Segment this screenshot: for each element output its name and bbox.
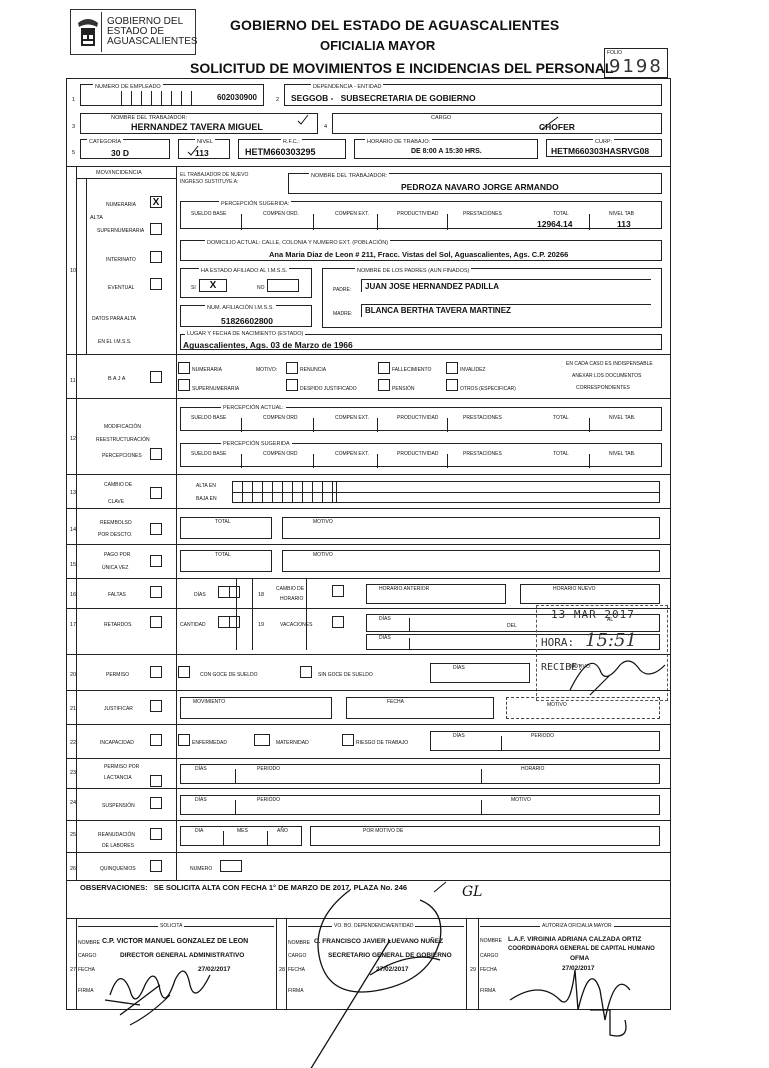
mother-value: BLANCA BERTHA TAVERA MARTINEZ	[365, 306, 511, 315]
alta-en-label: ALTA EN	[196, 483, 216, 489]
form-title: SOLICITUD DE MOVIMIENTOS E INCIDENCIAS D…	[190, 60, 613, 76]
col-total: TOTAL	[553, 211, 569, 217]
baja-note-2: ANEXAR LOS DOCUMENTOS	[572, 373, 641, 379]
periodo-label: PERIODO	[531, 733, 554, 739]
alta-eventual-label: EVENTUAL	[108, 285, 134, 291]
no-checkbox[interactable]	[267, 279, 299, 292]
father-value: JUAN JOSE HERNANDEZ PADILLA	[365, 282, 499, 291]
address-field[interactable]: DOMICILIO ACTUAL: CALLE, COLONIA Y NUMER…	[180, 240, 662, 261]
position-value: CHOFER	[539, 122, 575, 132]
suspension-checkbox[interactable]	[150, 797, 162, 809]
riesgo-trabajo-checkbox[interactable]	[342, 734, 354, 746]
si-label: SI	[191, 285, 196, 291]
sig-name: C.P. VICTOR MANUEL GONZALEZ DE LEON	[102, 938, 248, 945]
substitute-name-label: NOMBRE DEL TRABAJADOR:	[309, 173, 389, 179]
horario-anterior-label: HORARIO ANTERIOR	[379, 586, 429, 592]
birth-field[interactable]: LUGAR Y FECHA DE NACIMIENTO (ESTADO) Agu…	[180, 334, 662, 350]
col-productividad: PRODUCTIVIDAD	[397, 415, 438, 421]
unica-vez-label: ÚNICA VEZ	[102, 565, 128, 571]
sin-goce-checkbox[interactable]	[300, 666, 312, 678]
clave-field[interactable]	[232, 481, 660, 503]
imss-affiliated-label: HA ESTADO AFILIADO AL I.M.S.S.	[199, 268, 289, 274]
por-descto-label: POR DESCTO.	[98, 532, 132, 538]
folio-box: FOLIO 9198	[604, 48, 668, 78]
por-motivo-field[interactable]: POR MOTIVO DE	[310, 826, 660, 846]
lactancia-checkbox[interactable]	[150, 775, 162, 787]
maternidad-label: MATERNIDAD	[276, 740, 309, 746]
lactancia-field[interactable]: DÍAS PERIODO HORARIO	[180, 764, 660, 784]
employee-number-value: 602030900	[217, 93, 257, 102]
signature-block-vobo: Vo. Bo. DEPENDENCIA/ENTIDAD NOMBRE C. FR…	[288, 922, 464, 1006]
row-num: 23	[70, 770, 76, 776]
substitute-label: EL TRABAJADOR DE NUEVO INGRESO SUSTITUYE…	[180, 172, 270, 186]
dependency-value: SEGGOB - SUBSECRETARIA DE GOBIERNO	[291, 93, 476, 103]
quinquenios-label: QUINQUENIOS	[100, 866, 136, 872]
father-label: PADRE:	[333, 287, 351, 293]
dias-label: DÍAS	[379, 635, 391, 641]
no-label: NO	[257, 285, 265, 291]
stamp-hora-value: 15:51	[585, 630, 637, 651]
alta-interinato-label: INTERINATO	[106, 257, 136, 263]
horario-nuevo-label: HORARIO NUEVO	[553, 586, 596, 592]
otros-label: OTROS (ESPECIFICAR)	[460, 386, 516, 392]
suspension-label: SUSPENSIÓN	[102, 803, 135, 809]
baja-motivo-label: MOTIVO:	[256, 367, 277, 373]
dias-label: DÍAS	[453, 665, 465, 671]
col-productividad: PRODUCTIVIDAD	[397, 211, 438, 217]
motivo-label: MOTIVO	[313, 519, 333, 525]
cantidad-field[interactable]	[218, 616, 240, 628]
stamp-date: 13 MAR 2017	[551, 608, 635, 621]
permiso-label: PERMISO	[106, 672, 129, 678]
dependency-field[interactable]: DEPENDENCIA - ENTIDAD SEGGOB - SUBSECRET…	[284, 84, 662, 106]
reanudacion-checkbox[interactable]	[150, 828, 162, 840]
incapacidad-label: INCAPACIDAD	[100, 740, 134, 746]
vacaciones-checkbox[interactable]	[332, 616, 344, 628]
row-num: 15	[70, 562, 76, 568]
anio-label: AÑO	[277, 828, 288, 834]
birth-label: LUGAR Y FECHA DE NACIMIENTO (ESTADO)	[185, 331, 305, 337]
row-num: 17	[70, 622, 76, 628]
signature-block-autoriza: AUTORIZA OFICIALIA MAYOR NOMBRE L.A.F. V…	[480, 922, 670, 1006]
row-num: 24	[70, 800, 76, 806]
row-num: 27	[70, 967, 76, 973]
col-nivel-tab: NIVEL TAB.	[609, 415, 635, 421]
employee-number-label: NUMERO DE EMPLEADO	[93, 84, 163, 90]
alta-numeraria-label: NUMERARIA	[106, 202, 136, 208]
cambio-clave-label: CAMBIO DE	[104, 482, 132, 488]
sig-title: AUTORIZA OFICIALIA MAYOR	[540, 923, 614, 929]
fecha-label: FECHA	[288, 967, 305, 973]
retardos-checkbox[interactable]	[150, 616, 162, 628]
parents-box: NOMBRE DE LOS PADRES (AUN FINADOS) PADRE…	[322, 268, 662, 328]
sig-date: 27/02/2017	[198, 966, 231, 973]
level-label: NIVEL	[195, 139, 215, 145]
pago-total-field[interactable]: TOTAL	[180, 550, 272, 572]
pension-checkbox[interactable]	[378, 379, 390, 391]
stamp-hora-label: HORA:	[541, 636, 574, 649]
invalidez-checkbox[interactable]	[446, 362, 458, 374]
motivo-label: MOTIVO	[313, 552, 333, 558]
baja-label: B A J A	[108, 376, 125, 382]
quinquenios-numero-field[interactable]	[220, 860, 242, 872]
nivel-tab-value: 113	[617, 219, 631, 229]
suggested-salary-mod-table: PERCEPCIÓN SUGERIDA SUELDO BASE COMPEN O…	[180, 443, 662, 467]
worker-name-field[interactable]: NOMBRE DEL TRABAJADOR: HERNANDEZ TAVERA …	[80, 113, 318, 134]
signature-block-solicita: SOLICITA NOMBRE C.P. VICTOR MANUEL GONZA…	[78, 922, 274, 1006]
justificar-motivo-field[interactable]: MOTIVO	[506, 697, 660, 719]
retardos-label: RETARDOS	[104, 622, 131, 628]
otros-checkbox[interactable]	[446, 379, 458, 391]
maternidad-checkbox[interactable]	[254, 734, 270, 746]
cantidad-label: CANTIDAD	[180, 622, 206, 628]
alta-interinato-checkbox[interactable]	[150, 251, 162, 263]
row-num: 25	[70, 832, 76, 838]
reembolso-checkbox[interactable]	[150, 523, 162, 535]
category-label: CATEGORÍA	[87, 139, 123, 145]
col-sueldo-base: SUELDO BASE	[191, 451, 226, 457]
sig-cargo-2: OFMA	[570, 955, 589, 962]
mother-label: MADRE:	[333, 311, 352, 317]
address-label: DOMICILIO ACTUAL: CALLE, COLONIA Y NUMER…	[205, 240, 390, 246]
sig-name: L.A.F. VIRGINIA ADRIANA CALZADA ORTIZ	[508, 936, 641, 943]
dependency-label: DEPENDENCIA - ENTIDAD	[311, 84, 383, 90]
folio-value: 9198	[609, 56, 663, 77]
numero-label: NUMERO	[190, 866, 212, 872]
col-compen-ext: COMPEN EXT.	[335, 451, 369, 457]
cambio-horario-checkbox[interactable]	[332, 585, 344, 597]
row-num: 4	[324, 124, 327, 130]
suggested-salary-mod-label: PERCEPCIÓN SUGERIDA	[221, 441, 292, 447]
por-motivo-label: POR MOTIVO DE	[363, 828, 403, 834]
current-salary-table: PERCEPCIÓN ACTUAL: SUELDO BASE COMPEN OR…	[180, 407, 662, 431]
address-value: Ana Maria Diaz de Leon # 211, Fracc. Vis…	[269, 250, 568, 259]
faltas-dias-field[interactable]	[218, 586, 240, 598]
position-label: CARGO	[429, 115, 453, 121]
vacaciones-label: VACACIONES	[280, 622, 312, 628]
imss-number-value: 51826602800	[221, 316, 273, 326]
permiso-checkbox[interactable]	[150, 666, 162, 678]
faltas-label: FALTAS	[108, 592, 126, 598]
col-prestaciones: PRESTACIONES	[463, 451, 502, 457]
renuncia-label: RENUNCIA	[300, 367, 326, 373]
alta-supernumeraria-checkbox[interactable]	[150, 223, 162, 235]
category-value: 30 D	[111, 148, 129, 158]
fecha-label: FECHA	[78, 967, 95, 973]
level-field[interactable]: NIVEL 113	[178, 139, 230, 159]
enfermedad-label: ENFERMEDAD	[192, 740, 227, 746]
baja-supernumeraria-checkbox[interactable]	[178, 379, 190, 391]
movimiento-label: MOVIMIENTO	[193, 699, 225, 705]
percepciones-label: PERCEPCIONES	[102, 453, 142, 459]
fecha-label: FECHA	[387, 699, 404, 705]
sig-name: C. FRANCISCO JAVIER LUEVANO NUÑEZ	[314, 938, 443, 945]
fecha-field[interactable]: FECHA	[346, 697, 494, 719]
firma-label: FIRMA	[78, 988, 94, 994]
reembolso-label: REEMBOLSO	[100, 520, 132, 526]
observations-value: SE SOLICITA ALTA CON FECHA 1° DE MARZO D…	[154, 883, 407, 892]
firma-label: FIRMA	[480, 988, 496, 994]
substitute-name-field[interactable]: NOMBRE DEL TRABAJADOR: PEDROZA NAVARO JO…	[288, 173, 662, 194]
observations-initials: GL	[462, 884, 482, 900]
row-num: 10	[70, 268, 76, 274]
curp-label: CURP:	[593, 139, 614, 145]
permiso-dias-field[interactable]: DÍAS	[430, 663, 530, 683]
despido-label: DESPIDO JUSTIFICADO	[300, 386, 357, 392]
coat-of-arms-icon	[75, 12, 102, 52]
pago-unico-label: PAGO POR	[104, 552, 130, 558]
baja-note-1: EN CADA CASO ES INDISPENSABLE	[566, 361, 653, 367]
rfc-value: HETM660303295	[245, 147, 316, 157]
employee-number-field[interactable]: NUMERO DE EMPLEADO 602030900	[80, 84, 264, 106]
dia-label: DIA	[195, 828, 203, 834]
datos-alta-label: DATOS PARA ALTA	[92, 316, 136, 322]
observations-label: OBSERVACIONES:	[80, 883, 148, 892]
baja-en-label: BAJA EN	[196, 496, 217, 502]
received-stamp: 13 MAR 2017 HORA: 15:51 RECIBE:	[536, 605, 668, 701]
mes-label: MES	[237, 828, 248, 834]
motivo-label: MOTIVO	[511, 797, 531, 803]
row-num: 5	[72, 150, 75, 156]
riesgo-trabajo-label: RIESGO DE TRABAJO	[356, 740, 408, 746]
cargo-label: CARGO	[288, 953, 306, 959]
worker-name-label: NOMBRE DEL TRABAJADOR:	[109, 115, 189, 121]
reembolso-total-field[interactable]: TOTAL	[180, 517, 272, 539]
curp-value: HETM660303HASRVG08	[551, 146, 649, 156]
incapacidad-checkbox[interactable]	[150, 734, 162, 746]
col-compen-ord: COMPEN ORD.	[263, 211, 299, 217]
modificacion-label: MODIFICACIÓN	[104, 424, 141, 430]
birth-value: Aguascalientes, Ags. 03 de Marzo de 1966	[183, 340, 353, 350]
cargo-label: CARGO	[78, 953, 96, 959]
work-schedule-value: DE 8:00 A 15:30 HRS.	[411, 148, 482, 155]
imss-affiliated-box: HA ESTADO AFILIADO AL I.M.S.S. SI X NO	[180, 268, 312, 298]
row-num: 13	[70, 490, 76, 496]
permiso-motivo-label: MOTIVO:	[570, 664, 591, 670]
invalidez-label: INVALIDEZ	[460, 367, 485, 373]
del-label: DEL	[507, 623, 517, 629]
pension-label: PENSIÓN	[392, 386, 415, 392]
baja-numeraria-checkbox[interactable]	[178, 362, 190, 374]
horario-anterior-field[interactable]: HORARIO ANTERIOR	[366, 584, 506, 604]
despido-checkbox[interactable]	[286, 379, 298, 391]
sig-cargo: SECRETARIO GENERAL DE GOBIERNO	[328, 952, 452, 959]
mov-incidencia-header: MOV/INCIDENCIA	[96, 170, 142, 176]
col-prestaciones: PRESTACIONES	[463, 415, 502, 421]
col-nivel-tab: NIVEL TAB	[609, 211, 634, 217]
row-num: 14	[70, 527, 76, 533]
row-num: 20	[70, 672, 76, 678]
col-total: TOTAL	[553, 451, 569, 457]
row-num: 29	[470, 967, 476, 973]
cargo-label: CARGO	[480, 953, 498, 959]
worker-name-value: HERNANDEZ TAVERA MIGUEL	[131, 122, 263, 132]
rfc-field[interactable]: R.F.C.: HETM660303295	[238, 139, 346, 159]
si-checkbox[interactable]: X	[199, 279, 227, 292]
col-productividad: PRODUCTIVIDAD	[397, 451, 438, 457]
enfermedad-checkbox[interactable]	[178, 734, 190, 746]
cambio-horario-label: CAMBIO DE	[276, 586, 304, 592]
periodo-label: PERIODO	[257, 766, 280, 772]
dias-label: DÍAS	[453, 733, 465, 739]
sig-date: 27/02/2017	[562, 965, 595, 972]
col-compen-ext: COMPEN EXT.	[335, 415, 369, 421]
alta-eventual-checkbox[interactable]	[150, 278, 162, 290]
row-num: 19	[258, 622, 264, 628]
row-num: 1	[72, 97, 75, 103]
col-compen-ext: COMPEN EXT.	[335, 211, 369, 217]
incapacidad-periodo-field[interactable]: DÍAS PERIODO	[430, 731, 660, 751]
row-num: 21	[70, 706, 76, 712]
reestructuracion-label: REESTRUCTURACIÓN	[96, 437, 150, 443]
fecha-label: FECHA	[480, 967, 497, 973]
lactancia-label: PERMISO POR	[104, 764, 139, 770]
sig-title: Vo. Bo. DEPENDENCIA/ENTIDAD	[332, 923, 415, 929]
work-schedule-label: HORARIO DE TRABAJO:	[365, 139, 432, 145]
col-sueldo-base: SUELDO BASE	[191, 211, 226, 217]
pago-unico-checkbox[interactable]	[150, 555, 162, 567]
current-salary-label: PERCEPCIÓN ACTUAL:	[221, 405, 286, 411]
col-prestaciones: PRESTACIONES	[463, 211, 502, 217]
movimiento-field[interactable]: MOVIMIENTO	[180, 697, 332, 719]
imss-number-field[interactable]: NUM. AFILIACIÓN I.M.S.S. 51826602800	[180, 305, 312, 327]
government-logo: GOBIERNO DEL ESTADO DE AGUASCALIENTES	[70, 9, 196, 55]
logo-line-3: AGUASCALIENTES	[107, 37, 198, 47]
faltas-dias-label: DÍAS	[194, 592, 206, 598]
imss-number-label: NUM. AFILIACIÓN I.M.S.S.	[205, 305, 276, 311]
substitute-name-value: PEDROZA NAVARO JORGE ARMANDO	[401, 182, 559, 192]
baja-numeraria-label: NUMERARIA	[192, 367, 222, 373]
nombre-label: NOMBRE	[480, 938, 502, 944]
curp-field[interactable]: CURP: HETM660303HASRVG08	[546, 139, 662, 157]
reanudacion-fecha-field[interactable]: DIA MES AÑO	[180, 826, 302, 846]
row-num: 12	[70, 436, 76, 442]
row-num: 22	[70, 740, 76, 746]
col-total: TOTAL	[553, 415, 569, 421]
sig-title: SOLICITA	[158, 923, 184, 929]
baja-checkbox[interactable]	[150, 371, 162, 383]
alta-label: ALTA	[90, 215, 103, 221]
sig-date: 27/02/2017	[376, 966, 409, 973]
level-value: 113	[195, 148, 209, 158]
suspension-field[interactable]: DÍAS PERIODO MOTIVO	[180, 795, 660, 815]
firma-label: FIRMA	[288, 988, 304, 994]
cambio-clave-checkbox[interactable]	[150, 487, 162, 499]
lactancia-label-2: LACTANCIA	[104, 775, 132, 781]
title-office: OFICIALIA MAYOR	[320, 38, 435, 53]
faltas-checkbox[interactable]	[150, 586, 162, 598]
sig-cargo: DIRECTOR GENERAL ADMINISTRATIVO	[120, 952, 244, 959]
nombre-label: NOMBRE	[78, 940, 100, 946]
col-nivel-tab: NIVEL TAB.	[609, 451, 635, 457]
baja-supernumeraria-label: SUPERNUMERARIA	[192, 386, 239, 392]
justificar-checkbox[interactable]	[150, 700, 162, 712]
col-compen-ord: COMPEN ORD	[263, 451, 297, 457]
con-goce-label: CON GOCE DE SUELDO	[200, 672, 258, 678]
alta-supernumeraria-label: SUPERNUMERARIA	[97, 228, 144, 234]
justificar-label: JUSTIFICAR	[104, 706, 133, 712]
row-num: 2	[276, 97, 279, 103]
work-schedule-field[interactable]: HORARIO DE TRABAJO: DE 8:00 A 15:30 HRS.	[354, 139, 538, 159]
horario-label: HORARIO	[280, 596, 303, 602]
fallecimiento-label: FALLECIMIENTO	[392, 367, 431, 373]
total-label: TOTAL	[215, 519, 231, 525]
motivo-label: MOTIVO	[547, 702, 567, 708]
sin-goce-label: SIN GOCE DE SUELDO	[318, 672, 373, 678]
row-num: 26	[70, 866, 76, 872]
total-value: 12964.14	[537, 219, 572, 229]
reanudacion-label: REANUDACIÓN	[98, 832, 135, 838]
observations: OBSERVACIONES: SE SOLICITA ALTA CON FECH…	[80, 883, 407, 892]
pago-motivo-field[interactable]: MOTIVO	[282, 550, 660, 572]
col-sueldo-base: SUELDO BASE	[191, 415, 226, 421]
clave-label: CLAVE	[108, 499, 124, 505]
reembolso-motivo-field[interactable]: MOTIVO	[282, 517, 660, 539]
horario-label: HORARIO	[521, 766, 544, 772]
row-num: 16	[70, 592, 76, 598]
modificacion-checkbox[interactable]	[150, 448, 162, 460]
position-field[interactable]: CARGO CHOFER	[332, 113, 662, 134]
total-label: TOTAL	[215, 552, 231, 558]
dias-label: DÍAS	[379, 616, 391, 622]
horario-nuevo-field[interactable]: HORARIO NUEVO	[520, 584, 660, 604]
nombre-label: NOMBRE	[288, 940, 310, 946]
col-compen-ord: COMPEN ORD	[263, 415, 297, 421]
fallecimiento-checkbox[interactable]	[378, 362, 390, 374]
dias-label: DÍAS	[195, 766, 207, 772]
row-num: 3	[72, 124, 75, 130]
sig-cargo: COORDINADORA GENERAL DE CAPITAL HUMANO	[508, 946, 655, 952]
periodo-label: PERIODO	[257, 797, 280, 803]
dias-label: DÍAS	[195, 797, 207, 803]
imss-label: EN EL I.M.S.S.	[98, 339, 131, 345]
de-labores-label: DE LABORES	[102, 843, 134, 849]
baja-note-3: CORRESPONDIENTES	[576, 385, 630, 391]
rfc-label: R.F.C.:	[281, 139, 302, 145]
renuncia-checkbox[interactable]	[286, 362, 298, 374]
row-num: 11	[70, 378, 76, 384]
alta-numeraria-checkbox[interactable]: X	[150, 196, 162, 208]
row-num: 18	[258, 592, 264, 598]
suggested-salary-label: PERCEPCIÓN SUGERIDA:	[219, 201, 291, 207]
title-government: GOBIERNO DEL ESTADO DE AGUASCALIENTES	[230, 17, 559, 33]
category-field[interactable]: CATEGORÍA 30 D	[80, 139, 170, 159]
quinquenios-checkbox[interactable]	[150, 860, 162, 872]
parents-label: NOMBRE DE LOS PADRES (AUN FINADOS)	[355, 268, 471, 274]
row-num: 28	[279, 967, 285, 973]
con-goce-checkbox[interactable]	[178, 666, 190, 678]
suggested-salary-table: PERCEPCIÓN SUGERIDA: SUELDO BASE COMPEN …	[180, 201, 662, 229]
